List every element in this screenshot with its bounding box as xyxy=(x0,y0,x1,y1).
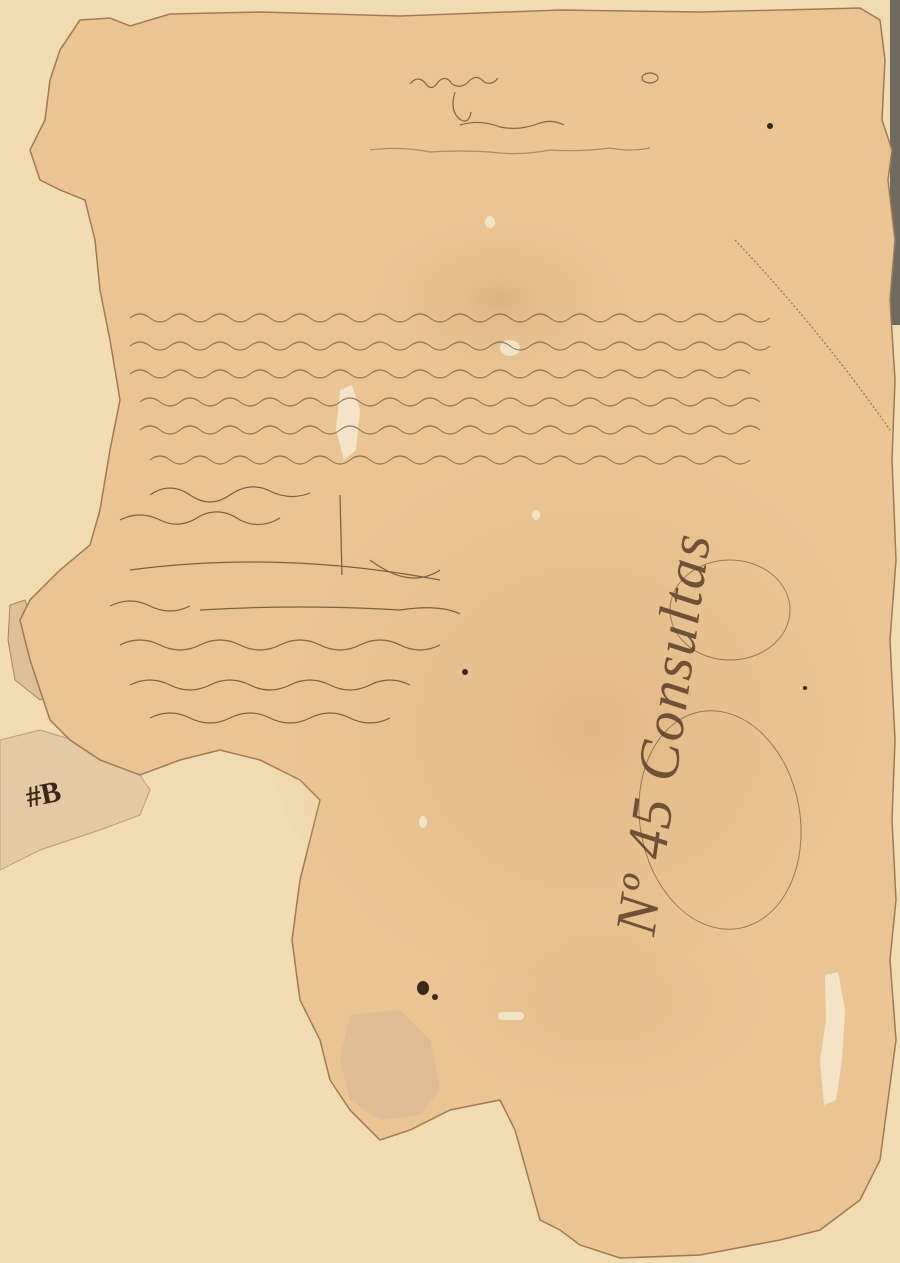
manuscript-page xyxy=(0,0,900,1263)
corner-mark: #B xyxy=(23,775,64,816)
document-photo: Nº 45 Consultas #B xyxy=(0,0,900,1263)
